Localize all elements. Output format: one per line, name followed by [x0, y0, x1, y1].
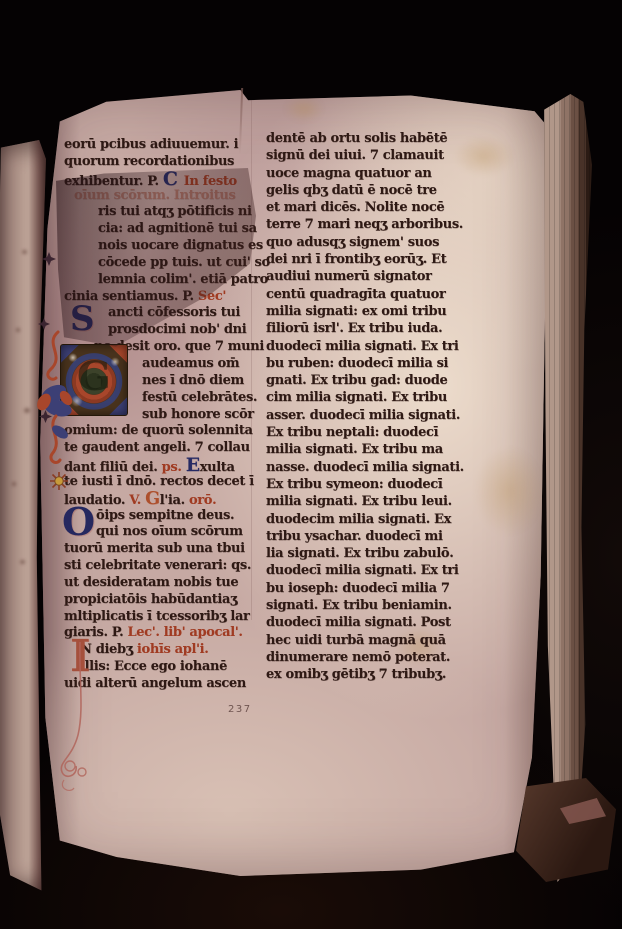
- text-segment-ink: gelis qbʒ datū ē nocē tre: [266, 183, 437, 198]
- text-segment-ink: dant filiū dei.: [64, 460, 162, 475]
- text-segment-red: Sec': [198, 289, 226, 304]
- text-line: ris tui atqʒ pōtificis ni: [64, 204, 256, 221]
- text-segment-ink: nes ī dnō diem: [142, 373, 244, 388]
- text-segment-red: iohīs apl'i.: [137, 642, 209, 657]
- text-segment-ink: dentē ab ortu solis habētē: [266, 131, 447, 146]
- parchment-stain: [284, 96, 324, 122]
- text-line: ex omibʒ gētibʒ 7 tribubʒ.: [266, 666, 466, 683]
- text-line: dentē ab ortu solis habētē: [266, 130, 466, 147]
- text-line: cia: ad agnitionē tui sa: [64, 221, 256, 238]
- text-line: propiciatōis habūdantiaʒ: [64, 592, 256, 609]
- text-segment-ink: duodecim milia signati. Ex: [266, 512, 451, 527]
- text-segment-ink: cia: ad agnitionē tui sa: [98, 221, 257, 236]
- text-line: bu ruben: duodecī milia si: [266, 355, 466, 372]
- text-line: exhibentur. P. C In festo: [64, 171, 256, 188]
- text-segment-ink: lemnia colim'. etiā patro: [98, 272, 268, 287]
- text-line: gnati. Ex tribu gad: duode: [266, 372, 466, 389]
- text-segment-ink: tribu ysachar. duodecī mi: [266, 529, 443, 544]
- folio-number: 237: [228, 704, 252, 715]
- parchment-stain: [474, 446, 544, 536]
- text-segment-ink: Ex tribu neptali: duodecī: [266, 425, 438, 440]
- text-line: sti celebritate venerari: qs.: [64, 558, 256, 575]
- ink-spot: [22, 250, 27, 254]
- text-column-left: eorū pcibus adiuuemur. iquorum recordati…: [64, 137, 256, 693]
- text-segment-ink: asser. duodecī milia signati.: [266, 408, 460, 423]
- text-line: Ex tribu neptali: duodecī: [266, 424, 466, 441]
- text-line: asser. duodecī milia signati.: [266, 407, 466, 424]
- text-segment-red: orō.: [189, 493, 216, 508]
- text-line: duodecim milia signati. Ex: [266, 511, 466, 528]
- margin-cross-icon: [42, 252, 56, 266]
- text-line: Ex tribu symeon: duodecī: [266, 476, 466, 493]
- text-segment-ink: ex omibʒ gētibʒ 7 tribubʒ.: [266, 667, 446, 682]
- text-line: dinumerare nemō poterat.: [266, 649, 466, 666]
- ink-spot: [20, 560, 25, 564]
- text-segment-ink: ōips sempitne deus.: [96, 508, 234, 523]
- text-line: filiorū isrl'. Ex tribu iuda.: [266, 320, 466, 337]
- text-segment-ink: Ex tribu symeon: duodecī: [266, 477, 442, 492]
- text-line: lemnia colim'. etiā patro: [64, 272, 256, 289]
- ink-spot: [24, 408, 30, 413]
- text-line: bu ioseph: duodecī milia 7: [266, 580, 466, 597]
- marginal-flourish-icon: [36, 328, 74, 468]
- text-line: signati. Ex tribu beniamin.: [266, 597, 466, 614]
- text-segment-ink: ris tui atqʒ pōtificis ni: [98, 204, 252, 219]
- text-line: milia signati. Ex tribu ma: [266, 441, 466, 458]
- text-segment-ink: te gaudent angeli. 7 collau: [64, 440, 250, 455]
- text-segment-ink: duodecī milia signati. Ex tri: [266, 563, 459, 578]
- text-segment-ink: hec uidi turbā magnā quā: [266, 633, 446, 648]
- initial-o: O: [62, 503, 95, 541]
- text-segment-ink: quo adusqʒ signem' suos: [266, 235, 439, 250]
- text-segment-ink: centū quadragīta quatuor: [266, 287, 445, 302]
- margin-cross-icon: [39, 410, 52, 423]
- text-segment-ink: milia signati. Ex tribu ma: [266, 442, 443, 457]
- text-segment-red: V.: [129, 493, 145, 508]
- text-segment-ink: signati. Ex tribu beniamin.: [266, 598, 452, 613]
- text-segment-ink: et mari dicēs. Nolite nocē: [266, 200, 444, 215]
- text-segment-cap-blue: C: [163, 168, 184, 190]
- text-segment-ink: duodecī milia signati. Post: [266, 615, 451, 630]
- text-line: quorum recordationibus: [64, 154, 256, 171]
- text-line: dant filiū dei. ps. Exulta: [64, 457, 256, 474]
- text-line: cim milia signati. Ex tribu: [266, 389, 466, 406]
- text-line: nasse. duodecī milia signati.: [266, 459, 466, 476]
- text-segment-cap-blue: E: [186, 454, 200, 476]
- text-segment-ink: qui nos oīum scōrum: [96, 524, 243, 539]
- text-segment-ink: te iusti ī dnō. rectos decet ī: [64, 474, 254, 489]
- text-segment-ink: sub honore scōr: [142, 407, 254, 422]
- binding-corner: [516, 778, 616, 882]
- text-segment-ink: dei nri ī frontibʒ eorūʒ. Et: [266, 252, 446, 267]
- text-segment-ink: lia signati. Ex tribu zabulō.: [266, 546, 453, 561]
- initial-i-flourish-icon: [52, 640, 108, 800]
- text-segment-ink: signū dei uiui. 7 clamauit: [266, 148, 444, 163]
- ink-spot: [12, 482, 16, 486]
- text-line: duodecī milia signati. Ex tri: [266, 562, 466, 579]
- text-segment-ink: eorū pcibus adiuuemur. i: [64, 137, 238, 152]
- text-line: milia signati. Ex tribu leui.: [266, 493, 466, 510]
- text-segment-red: ps.: [162, 460, 186, 475]
- text-segment-ink: bu ioseph: duodecī milia 7: [266, 581, 450, 596]
- text-segment-ink: festū celebrātes.: [142, 390, 257, 405]
- text-segment-ink: milia signati: ex omi tribu: [266, 304, 446, 319]
- text-segment-ink: sti celebritate venerari: qs.: [64, 558, 251, 573]
- text-line: hec uidi turbā magnā quā: [266, 632, 466, 649]
- text-line: et mari dicēs. Nolite nocē: [266, 199, 466, 216]
- margin-cross-icon: [38, 318, 50, 330]
- text-line: te iusti ī dnō. rectos decet ī: [64, 474, 256, 491]
- text-segment-ink: propiciatōis habūdantiaʒ: [64, 592, 237, 607]
- ink-spot: [16, 328, 20, 332]
- text-segment-ink: milia signati. Ex tribu leui.: [266, 494, 452, 509]
- photo-scene: eorū pcibus adiuuemur. iquorum recordati…: [0, 0, 622, 929]
- text-line: audiui numerū signator: [266, 268, 466, 285]
- text-segment-red-faded: oīum scōrum. Introitus: [74, 188, 235, 203]
- text-segment-ink: cōcede pp tuis. ut cui' so: [98, 255, 270, 270]
- text-line: ut desideratam nobis tue: [64, 575, 256, 592]
- text-line: uoce magna quatuor an: [266, 165, 466, 182]
- text-line: terre 7 mari neqʒ arboribus.: [266, 216, 466, 233]
- text-line: mltiplicatis ī tcessoribʒ lar: [64, 609, 256, 626]
- text-column-right: dentē ab ortu solis habētēsignū dei uiui…: [266, 130, 466, 684]
- text-segment-ink: prosdocimi nob' dni: [108, 322, 246, 337]
- text-segment-ink: ut desideratam nobis tue: [64, 575, 238, 590]
- text-segment-ink: duodecī milia signati. Ex tri: [266, 339, 459, 354]
- text-line: cōcede pp tuis. ut cui' so: [64, 255, 256, 272]
- text-segment-ink: xulta: [200, 460, 235, 475]
- text-segment-ink: uoce magna quatuor an: [266, 166, 432, 181]
- text-segment-ink: gnati. Ex tribu gad: duode: [266, 373, 447, 388]
- page-corner-flap: [560, 798, 606, 824]
- text-line: quo adusqʒ signem' suos: [266, 234, 466, 251]
- text-line: oīum scōrum. Introitus: [64, 188, 256, 205]
- text-segment-ink: l'ia.: [160, 493, 189, 508]
- text-segment-ink: cim milia signati. Ex tribu: [266, 390, 447, 405]
- text-line: duodecī milia signati. Ex tri: [266, 338, 466, 355]
- text-line: te gaudent angeli. 7 collau: [64, 440, 256, 457]
- text-segment-ink: audiui numerū signator: [266, 269, 432, 284]
- text-segment-ink: omium: de quorū solennita: [64, 423, 253, 438]
- previous-page-edge: [0, 140, 46, 898]
- text-line: milia signati: ex omi tribu: [266, 303, 466, 320]
- text-segment-ink: audeamus om̄: [142, 356, 239, 371]
- gold-star-icon: [50, 472, 68, 490]
- text-segment-cap-red: G: [145, 489, 160, 509]
- text-segment-ink: ancti cōfessoris tui: [108, 305, 240, 320]
- text-segment-ink: mltiplicatis ī tcessoribʒ lar: [64, 609, 250, 624]
- text-line: signū dei uiui. 7 clamauit: [266, 147, 466, 164]
- text-segment-ink: exhibentur. P.: [64, 174, 163, 189]
- text-segment-ink: nois uocare dignatus es: [98, 238, 263, 253]
- text-segment-ink: filiorū isrl'. Ex tribu iuda.: [266, 321, 442, 336]
- text-segment-ink: nasse. duodecī milia signati.: [266, 460, 464, 475]
- fore-edge-pages: [544, 94, 592, 882]
- text-segment-ink: terre 7 mari neqʒ arboribus.: [266, 217, 463, 232]
- text-segment-ink: bu ruben: duodecī milia si: [266, 356, 448, 371]
- text-line: omium: de quorū solennita: [64, 423, 256, 440]
- text-line: nois uocare dignatus es: [64, 238, 256, 255]
- text-line: tribu ysachar. duodecī mi: [266, 528, 466, 545]
- text-segment-red: Lec'. lib' apocal'.: [127, 625, 242, 640]
- text-line: duodecī milia signati. Post: [266, 614, 466, 631]
- text-line: gelis qbʒ datū ē nocē tre: [266, 182, 466, 199]
- text-segment-ink: dinumerare nemō poterat.: [266, 650, 450, 665]
- text-line: eorū pcibus adiuuemur. i: [64, 137, 256, 154]
- text-line: lia signati. Ex tribu zabulō.: [266, 545, 466, 562]
- text-segment-ink: quorum recordationibus: [64, 154, 234, 169]
- text-line: centū quadragīta quatuor: [266, 286, 466, 303]
- text-line: dei nri ī frontibʒ eorūʒ. Et: [266, 251, 466, 268]
- text-segment-red: In festo: [184, 174, 237, 189]
